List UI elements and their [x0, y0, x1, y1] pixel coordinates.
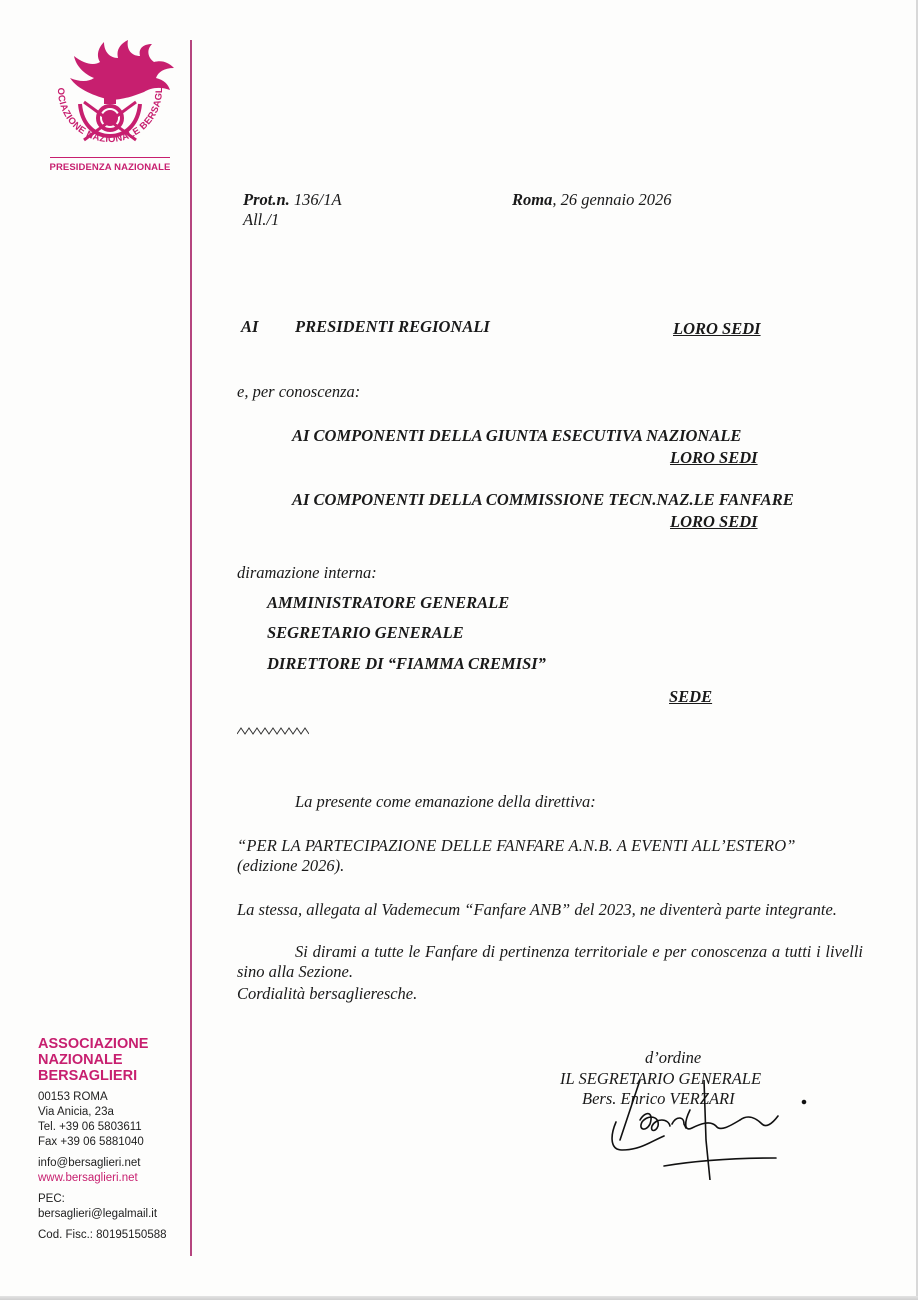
handwritten-signature: [580, 1080, 820, 1180]
flame-bugle-icon: ASSOCIAZIONE NAZIONALE BERSAGLIERI: [40, 38, 180, 163]
place-date: Roma, 26 gennaio 2026: [512, 190, 672, 210]
address-line: Via Anicia, 23a: [38, 1105, 188, 1120]
margin-rule: [190, 40, 192, 1256]
address-line: 00153 ROMA: [38, 1090, 188, 1105]
internal-dest: SEDE: [669, 687, 712, 707]
internal-recipient: AMMINISTRATORE GENERALE: [267, 593, 509, 613]
body-paragraph: Si dirami a tutte le Fanfare di pertinen…: [237, 942, 863, 982]
recipient-primary: PRESIDENTI REGIONALI: [295, 317, 490, 337]
contact-sidebar: ASSOCIAZIONE NAZIONALE BERSAGLIERI 00153…: [38, 1036, 188, 1243]
pec-label: PEC:: [38, 1192, 188, 1207]
closing: Cordialità bersaglieresche.: [237, 984, 417, 1004]
place: Roma: [512, 190, 552, 209]
internal-recipient: DIRETTORE DI “FIAMMA CREMISI”: [267, 654, 546, 674]
logo-subtitle: PRESIDENZA NAZIONALE: [40, 162, 180, 173]
pec-block: PEC: bersaglieri@legalmail.it: [38, 1192, 188, 1222]
cc-recipient-dest: LORO SEDI: [670, 512, 758, 532]
logo-divider: [50, 157, 170, 158]
protocol-number: Prot.n. 136/1A: [243, 190, 342, 210]
recipient-primary-dest: LORO SEDI: [673, 319, 761, 339]
cc-recipient: AI COMPONENTI DELLA COMMISSIONE TECN.NAZ…: [292, 490, 794, 510]
org-name-line: ASSOCIAZIONE: [38, 1036, 188, 1052]
website-link[interactable]: www.bersaglieri.net: [38, 1171, 188, 1186]
protocol-value: 136/1A: [290, 190, 342, 209]
address-block: 00153 ROMA Via Anicia, 23a Tel. +39 06 5…: [38, 1090, 188, 1150]
separator-zigzag: [237, 726, 309, 736]
email-link[interactable]: info@bersaglieri.net: [38, 1156, 188, 1171]
org-name: ASSOCIAZIONE NAZIONALE BERSAGLIERI: [38, 1036, 188, 1084]
signature-order: d’ordine: [645, 1048, 701, 1068]
internal-label: diramazione interna:: [237, 563, 377, 583]
org-name-line: NAZIONALE: [38, 1052, 188, 1068]
directive-title: “PER LA PARTECIPAZIONE DELLE FANFARE A.N…: [237, 836, 796, 856]
body-paragraph: La stessa, allegata al Vademecum “Fanfar…: [237, 900, 863, 920]
recipient-prefix: AI: [241, 317, 258, 337]
cc-recipient-dest: LORO SEDI: [670, 448, 758, 468]
directive-edition: (edizione 2026).: [237, 856, 344, 876]
date: , 26 gennaio 2026: [552, 190, 671, 209]
pec-email[interactable]: bersaglieri@legalmail.it: [38, 1207, 188, 1222]
web-block: info@bersaglieri.net www.bersaglieri.net: [38, 1156, 188, 1186]
org-name-line: BERSAGLIERI: [38, 1068, 188, 1084]
page-edge: [0, 1296, 918, 1300]
attachments: All./1: [243, 210, 279, 230]
body-intro: La presente come emanazione della dirett…: [295, 792, 596, 812]
protocol-label: Prot.n.: [243, 190, 290, 209]
phone: Tel. +39 06 5803611: [38, 1120, 188, 1135]
cc-label: e, per conoscenza:: [237, 382, 360, 402]
internal-recipient: SEGRETARIO GENERALE: [267, 623, 464, 643]
tax-code: Cod. Fisc.: 80195150588: [38, 1228, 188, 1243]
fax: Fax +39 06 5881040: [38, 1135, 188, 1150]
cc-recipient: AI COMPONENTI DELLA GIUNTA ESECUTIVA NAZ…: [292, 426, 741, 446]
